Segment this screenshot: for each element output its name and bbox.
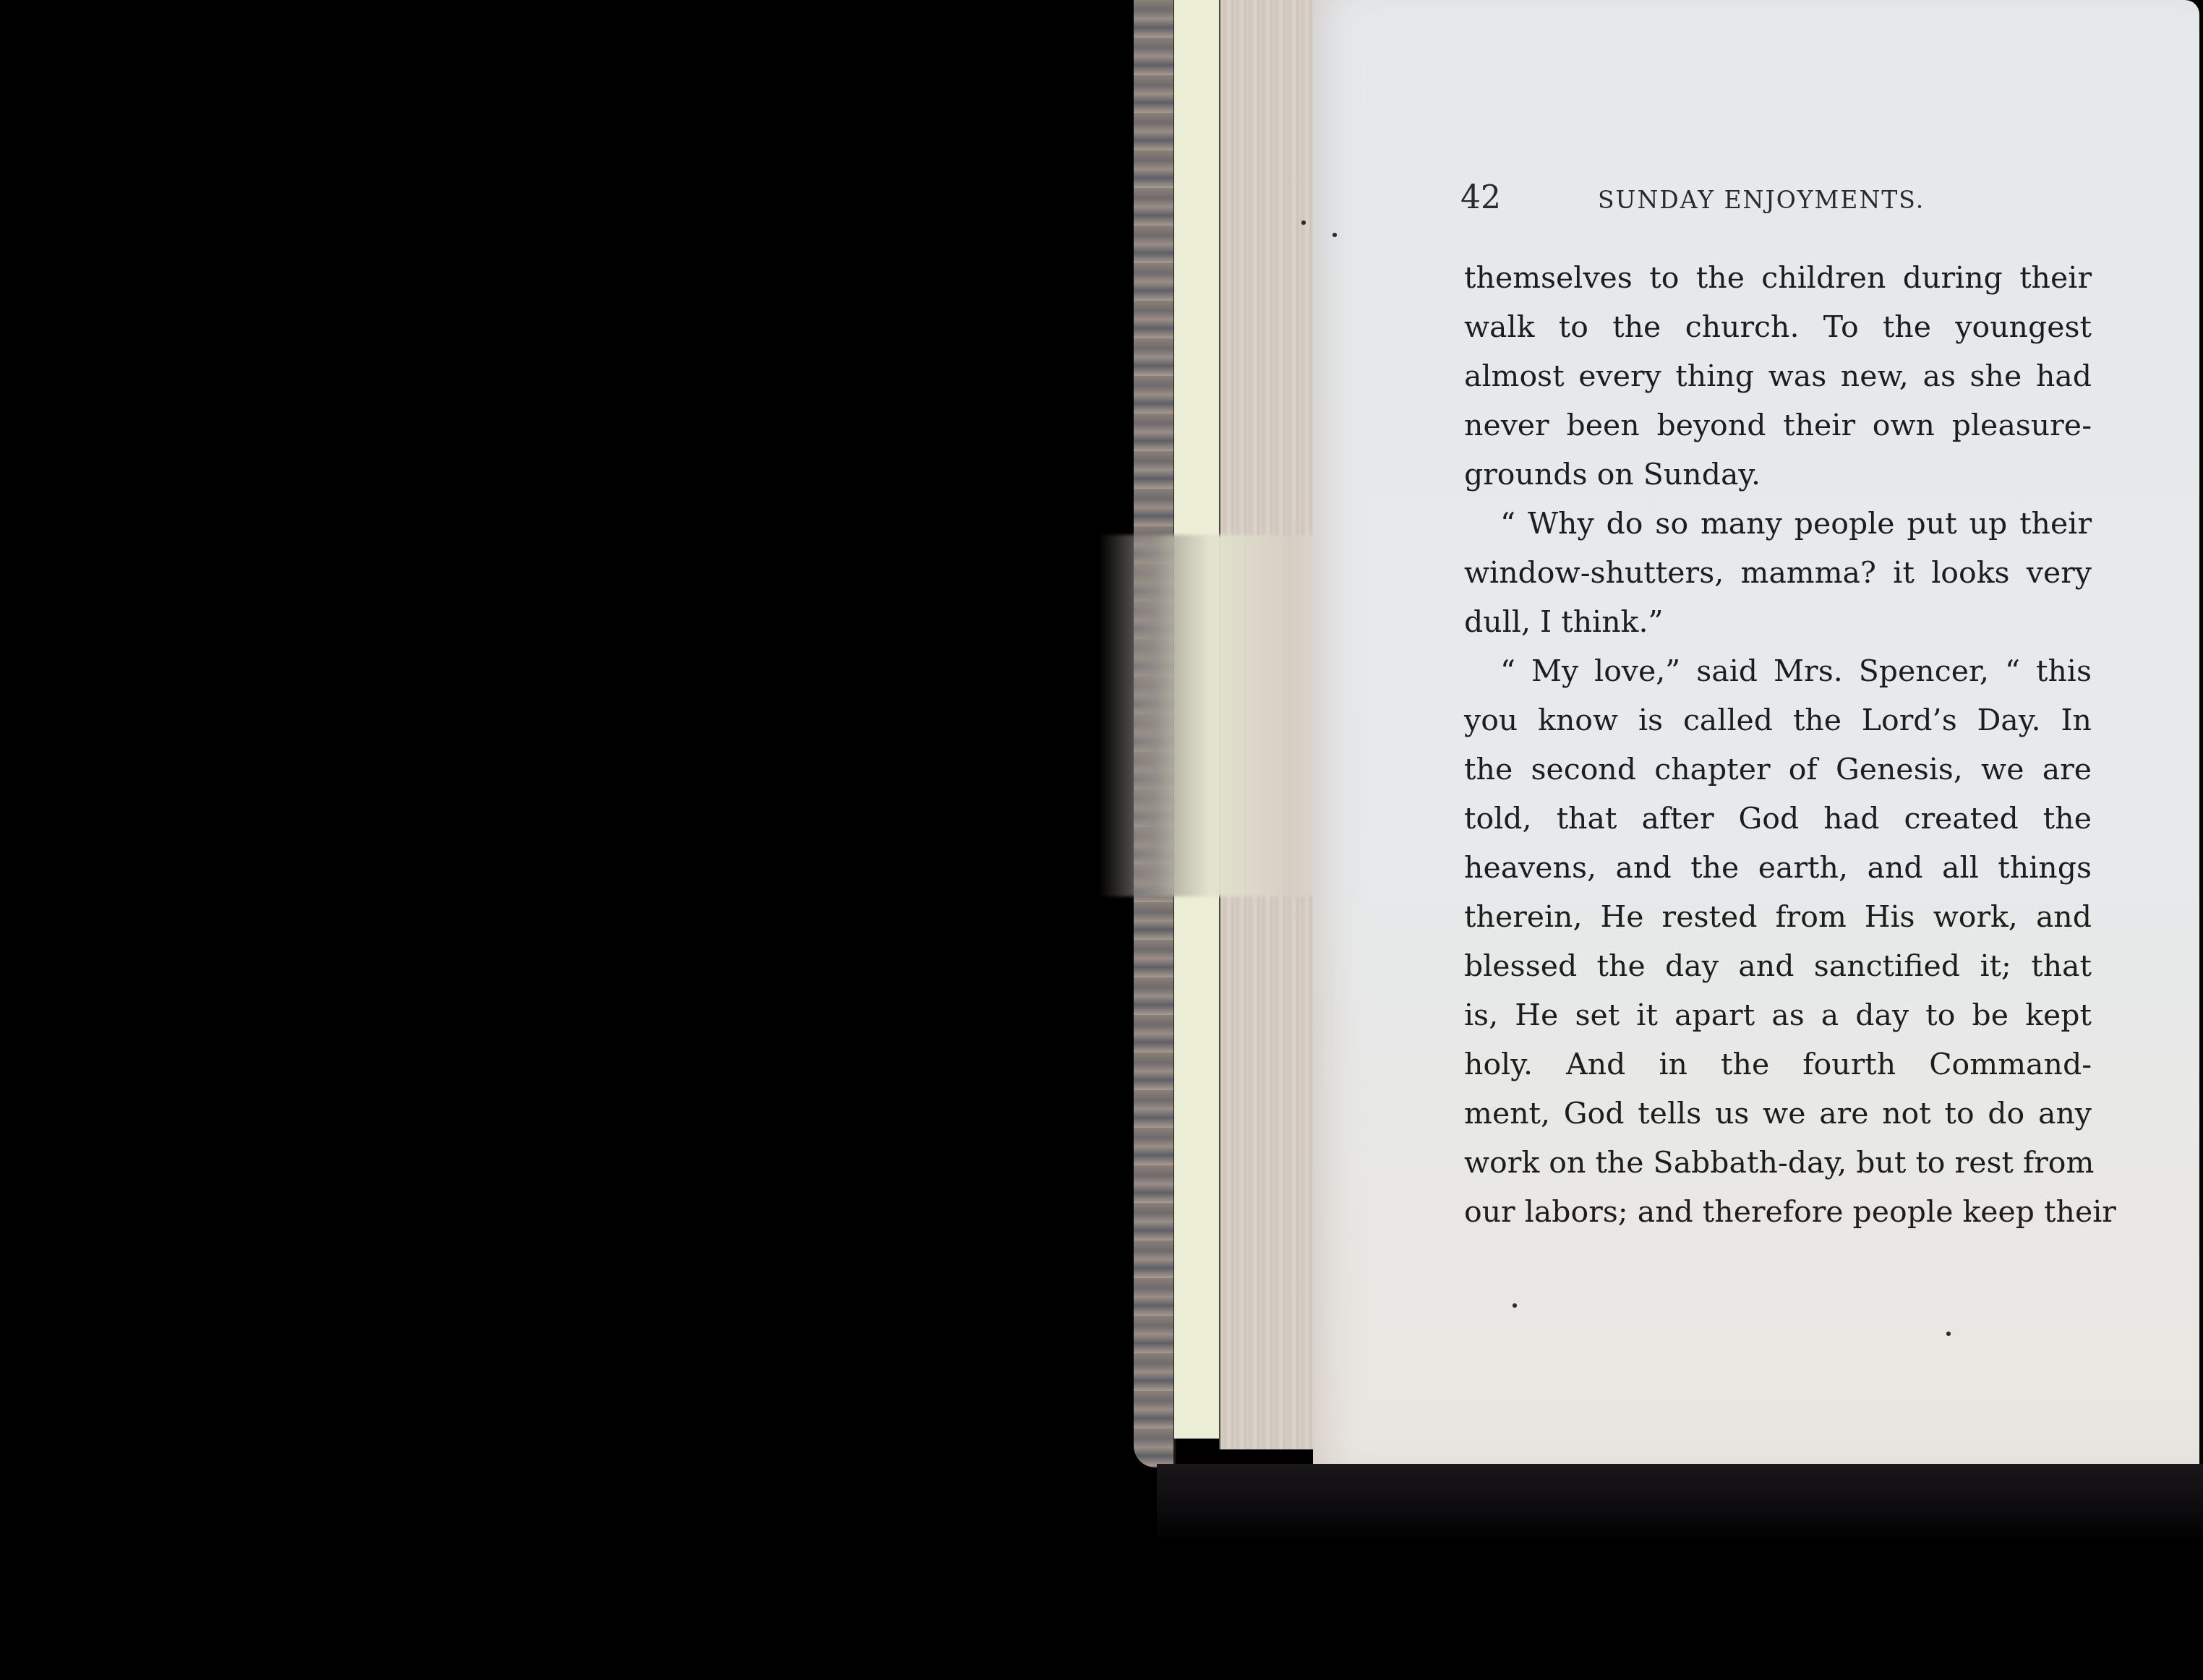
text-line: never been beyond their own pleasure- — [1464, 400, 2092, 450]
text-line: heavens, and the earth, and all things — [1464, 843, 2092, 892]
text-line: dull, I think.” — [1464, 597, 2092, 646]
paper-speck — [1513, 1303, 1517, 1308]
text-line: themselves to the children during their — [1464, 253, 2092, 302]
page-bottom-shadow — [1157, 1464, 2203, 1543]
text-line: grounds on Sunday. — [1464, 450, 2092, 499]
text-line: therein, He rested from His work, and — [1464, 892, 2092, 941]
text-line: told, that after God had created the — [1464, 794, 2092, 843]
paper-speck — [1333, 233, 1337, 237]
text-line: is, He set it apart as a day to be kept — [1464, 990, 2092, 1040]
paper-speck — [1301, 220, 1306, 225]
text-line: almost every thing was new, as she had — [1464, 351, 2092, 400]
text-line: blessed the day and sanctified it; that — [1464, 941, 2092, 990]
text-line: our labors; and therefore people keep th… — [1464, 1187, 2092, 1236]
text-line: the second chapter of Genesis, we are — [1464, 745, 2092, 794]
running-title: SUNDAY ENJOYMENTS. — [1598, 186, 1925, 214]
text-line: walk to the church. To the youngest — [1464, 302, 2092, 351]
text-line: window-shutters, mamma? it looks very — [1464, 548, 2092, 597]
scanned-book-scene: 42 SUNDAY ENJOYMENTS. themselves to the … — [0, 0, 2203, 1680]
text-line: ment, God tells us we are not to do any — [1464, 1089, 2092, 1138]
paper-speck — [1946, 1332, 1951, 1336]
text-line: “ Why do so many people put up their — [1464, 499, 2092, 548]
text-line: you know is called the Lord’s Day. In — [1464, 695, 2092, 745]
text-line: work on the Sabbath-day, but to rest fro… — [1464, 1138, 2092, 1187]
text-line: “ My love,” said Mrs. Spencer, “ this — [1464, 646, 2092, 695]
page-body-text: themselves to the children during their … — [1464, 253, 2092, 1236]
text-line: holy. And in the fourth Command- — [1464, 1040, 2092, 1089]
running-head: 42 SUNDAY ENJOYMENTS. — [1460, 179, 1952, 216]
page-number: 42 — [1460, 179, 1598, 216]
